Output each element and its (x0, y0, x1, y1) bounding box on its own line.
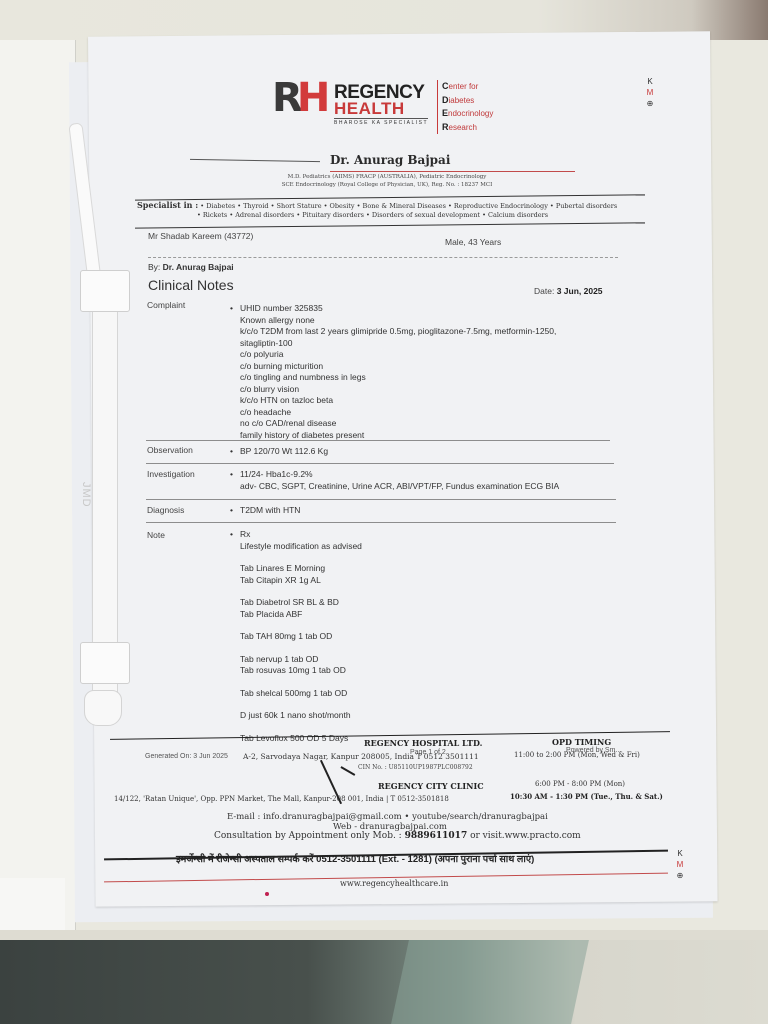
doctor-name: Dr. Anurag Bajpai (330, 153, 450, 167)
opd-timing-line: 6:00 PM - 8:00 PM (Mon) (535, 780, 625, 788)
emergency-notice: इमर्जेन्सी में रीजेन्सी अस्पताल सम्पर्क … (176, 852, 534, 865)
qualifications-line: M.D. Pediatrics (AIIMS) FRACP (AUSTRALIA… (262, 173, 512, 181)
specialist-list: Specialist in : • Diabetes • Thyroid • S… (137, 201, 657, 220)
margin-mark: M (674, 859, 686, 870)
clothing (391, 940, 589, 1024)
file-clip: JMD (78, 122, 134, 732)
spacer (240, 586, 530, 597)
logo-word-health: HEALTH (334, 99, 405, 119)
dedr-word: iabetes (449, 96, 475, 105)
logo-tagline: BHAROSE KA SPECIALIST (334, 118, 428, 126)
divider (148, 257, 618, 258)
section-investigation: • 11/24- Hba1c-9.2% adv- CBC, SGPT, Crea… (230, 469, 620, 492)
bullet: • (230, 303, 233, 315)
specialist-row: • Diabetes • Thyroid • Short Stature • O… (200, 202, 617, 210)
bullet: • (230, 529, 233, 541)
observation-text: BP 120/70 Wt 112.6 Kg (230, 446, 328, 458)
margin-marks-bottom: K M ⊕ (674, 848, 686, 881)
divider (146, 522, 616, 523)
contact-email: E-mail : info.dranuragbajpai@gmail.com •… (227, 812, 548, 822)
spacer (240, 699, 530, 710)
consult-suffix: or visit.www.practo.com (467, 831, 580, 841)
dedr-acronym: Center for Diabetes Endocrinology Resear… (437, 80, 493, 134)
rx-item: Tab Diabetrol SR BL & BD Tab Placida ABF (240, 597, 530, 620)
rx-item: Rx Lifestyle modification as advised (240, 529, 530, 552)
specialist-row: • Rickets • Adrenal disorders • Pituitar… (137, 211, 657, 220)
investigation-text: 11/24- Hba1c-9.2% adv- CBC, SGPT, Creati… (230, 469, 620, 492)
clip-sleeve-bottom (80, 642, 130, 684)
rx-item: Tab TAH 80mg 1 tab OD (240, 631, 530, 643)
bullet: • (230, 505, 233, 517)
diagnosis-text: T2DM with HTN (230, 505, 300, 517)
margin-mark: K (674, 848, 686, 859)
dedr-word: esearch (449, 123, 477, 132)
margin-mark: K (644, 76, 656, 87)
date-value: 3 Jun, 2025 (557, 286, 603, 296)
clinic-name: REGENCY CITY CLINIC (378, 781, 484, 791)
regency-logo: RH REGENCY HEALTH BHAROSE KA SPECIALIST (272, 76, 432, 126)
rx-item: D just 60k 1 nano shot/month (240, 710, 530, 722)
bullet: • (230, 446, 233, 458)
section-diagnosis: • T2DM with HTN (230, 505, 300, 517)
section-label-observation: Observation (147, 445, 193, 455)
opd-timing-line: 11:00 to 2:00 PM (Mon, Wed & Fri) (514, 751, 640, 759)
dedr-word: ndocrinology (448, 109, 493, 118)
qualifications-line: SCE Endocrinology (Royal College of Phys… (262, 181, 512, 189)
margin-mark: M (644, 87, 656, 98)
divider (146, 440, 610, 441)
by-label: By: (148, 262, 160, 272)
rx-item: Tab shelcal 500mg 1 tab OD (240, 688, 530, 700)
spacer (240, 552, 530, 563)
specialist-label: Specialist in : (137, 200, 198, 210)
dedr-word: enter for (449, 82, 479, 91)
author-line: By: Dr. Anurag Bajpai (148, 262, 234, 272)
floor-background (0, 940, 768, 1024)
opd-timing-line: 10:30 AM - 1:30 PM (Tue., Thu. & Sat.) (510, 792, 663, 801)
folder-cover-lower (0, 878, 65, 938)
date-label: Date: (534, 286, 554, 296)
section-note: • Rx Lifestyle modification as advisedTa… (230, 529, 530, 744)
doctor-qualifications: M.D. Pediatrics (AIIMS) FRACP (AUSTRALIA… (262, 173, 512, 189)
complaint-text: UHID number 325835 Known allergy none k/… (230, 303, 610, 441)
consult-mobile: 9889611017 (405, 831, 468, 841)
note-date: Date: 3 Jun, 2025 (534, 286, 603, 296)
website: www.regencyhealthcare.in (340, 879, 448, 888)
clip-sleeve-top (80, 270, 130, 312)
clip-brand: JMD (80, 482, 92, 508)
crosshair-icon: ⊕ (674, 870, 686, 881)
clip-foot (84, 690, 122, 726)
hospital-cin: CIN No. : U85110UP1987PLC008792 (358, 764, 473, 771)
bullet: • (230, 469, 233, 481)
clinic-address: 14/122, 'Ratan Unique', Opp. PPN Market,… (114, 795, 449, 803)
page-title: Clinical Notes (148, 277, 234, 293)
divider-red (330, 171, 575, 172)
rx-list: Rx Lifestyle modification as advisedTab … (230, 529, 530, 744)
by-doctor: Dr. Anurag Bajpai (163, 262, 234, 272)
section-label-complaint: Complaint (147, 300, 185, 310)
spacer (240, 722, 530, 733)
consultation-line: Consultation by Appointment only Mob. : … (214, 831, 581, 841)
section-label-note: Note (147, 530, 165, 540)
divider (146, 463, 614, 464)
spacer (240, 620, 530, 631)
section-label-diagnosis: Diagnosis (147, 505, 184, 515)
section-label-investigation: Investigation (147, 469, 195, 479)
margin-marks-top: K M ⊕ (644, 76, 656, 109)
section-complaint: • UHID number 325835 Known allergy none … (230, 303, 610, 441)
rx-item: Tab Linares E Morning Tab Citapin XR 1g … (240, 563, 530, 586)
hospital-address: A-2, Sarvodaya Nagar, Kanpur 208005, Ind… (243, 752, 479, 761)
consult-prefix: Consultation by Appointment only Mob. : (214, 831, 405, 841)
generated-on: Generated On: 3 Jun 2025 (145, 753, 228, 760)
crosshair-icon: ⊕ (644, 98, 656, 109)
rx-item: Tab nervup 1 tab OD Tab rosuvas 10mg 1 t… (240, 654, 530, 677)
spacer (240, 643, 530, 654)
ink-dot (265, 892, 269, 896)
section-observation: • BP 120/70 Wt 112.6 Kg (230, 446, 328, 458)
spacer (240, 677, 530, 688)
hospital-name: REGENCY HOSPITAL LTD. (364, 738, 482, 748)
patient-name: Mr Shadab Kareem (43772) (148, 231, 253, 241)
divider (146, 499, 616, 500)
patient-gender-age: Male, 43 Years (445, 237, 501, 247)
opd-timing-title: OPD TIMING (552, 737, 611, 747)
logo-mark: RH (272, 76, 324, 120)
folder-cover (0, 40, 76, 940)
